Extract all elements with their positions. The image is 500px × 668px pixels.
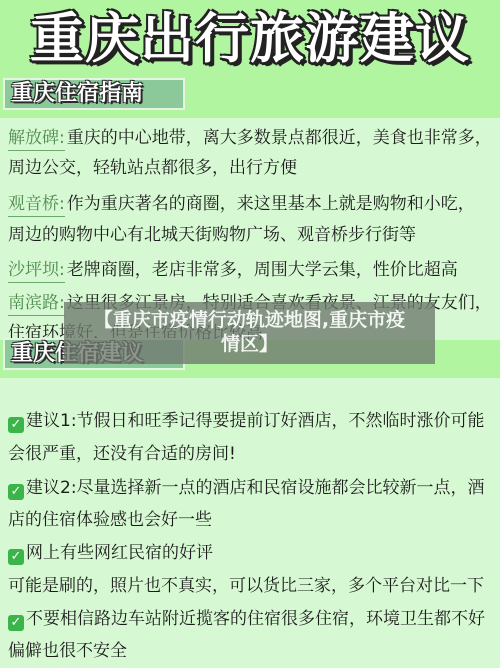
tip-text: 建议1:节假日和旺季记得要提前订好酒店，不然临时涨价可能 — [26, 411, 485, 431]
tip-text: 建议2:尽量选择新一点的酒店和民宿设施都会比较新一点，酒 — [26, 478, 485, 498]
guide-entry-text: 周边公交，轻轨站点都很多，出行方便 — [8, 157, 297, 179]
section-tag-lodging-guide: 重庆住宿指南 — [3, 78, 185, 110]
area-label: 观音桥: — [8, 193, 65, 217]
entry-text: 重庆的中心地带，离大多数景点都很近，美食也非常多， — [67, 128, 492, 148]
tip-line: ✓建议2:尽量选择新一点的酒店和民宿设施都会比较新一点，酒 — [8, 477, 485, 500]
entry-text: 老牌商圈，老店非常多，周围大学云集，性价比超高 — [67, 260, 458, 280]
area-label: 南滨路: — [8, 292, 65, 316]
guide-entry-guanyinqiao: 观音桥:作为重庆著名的商圈，来这里基本上就是购物和小吃， — [8, 193, 475, 217]
guide-entry-text: 周边的购物中心有北城天街购物广场、观音桥步行街等 — [8, 224, 416, 246]
check-icon: ✓ — [8, 484, 24, 500]
area-label: 解放碑: — [8, 127, 65, 151]
tip-line: 偏僻也很不安全 — [8, 640, 127, 662]
tip-line: 会很严重，还没有合适的房间! — [8, 443, 236, 465]
entry-text: 作为重庆著名的商圈，来这里基本上就是购物和小吃， — [67, 194, 475, 214]
tip-line: 可能是刷的，照片也不真实，可以货比三家，多个平台对比一下 — [8, 575, 484, 597]
area-label: 沙坪坝: — [8, 259, 65, 283]
check-icon: ✓ — [8, 615, 24, 631]
check-icon: ✓ — [8, 417, 24, 433]
overlay-line-2: 情区】 — [64, 332, 435, 356]
guide-entry-shapingba: 沙坪坝:老牌商圈，老店非常多，周围大学云集，性价比超高 — [8, 259, 458, 283]
tip-line: 店的住宿体验感也会好一些 — [8, 509, 212, 531]
watermark-overlay: 【重庆市疫情行动轨迹地图,重庆市疫 情区】 — [64, 302, 435, 364]
check-icon: ✓ — [8, 549, 24, 565]
overlay-line-1: 【重庆市疫情行动轨迹地图,重庆市疫 — [64, 308, 435, 332]
tip-text: 不要相信路边车站附近揽客的住宿很多住宿，环境卫生都不好 — [26, 609, 485, 629]
hero-banner: 重庆出行旅游建议 重庆住宿指南 — [0, 0, 500, 118]
page-title: 重庆出行旅游建议 — [0, 4, 500, 74]
tip-text: 网上有些网红民宿的好评 — [26, 543, 213, 563]
tip-line: ✓建议1:节假日和旺季记得要提前订好酒店，不然临时涨价可能 — [8, 410, 485, 433]
guide-entry-jiefangbei: 解放碑:重庆的中心地带，离大多数景点都很近，美食也非常多， — [8, 127, 492, 151]
tip-line: ✓网上有些网红民宿的好评 — [8, 542, 213, 565]
tip-line: ✓不要相信路边车站附近揽客的住宿很多住宿，环境卫生都不好 — [8, 608, 485, 631]
